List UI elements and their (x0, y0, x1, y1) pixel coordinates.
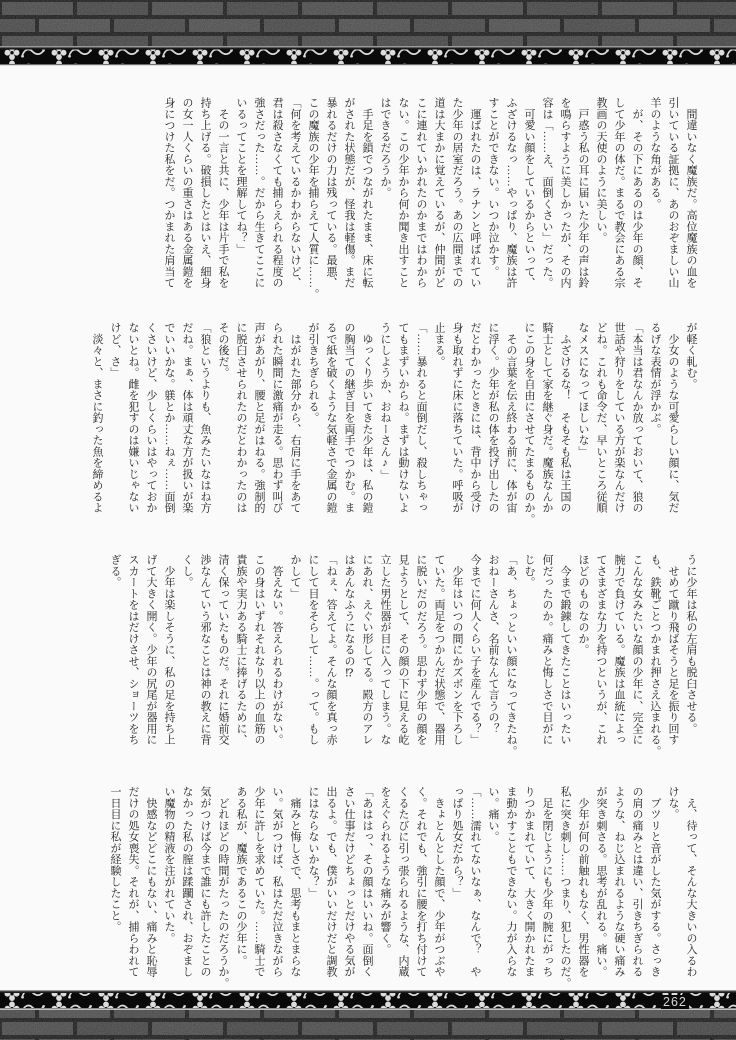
text-block-3: うに少年は私の左肩も脱臼させる。 せめて蹴り飛ばそうと足を振り回すも、鉄靴ごとつ… (106, 554, 700, 751)
text-line: 戸惑う私の耳に届いた少年の声は鈴 (574, 97, 592, 294)
text-line: うにしようか、おねーさん♪」 (376, 322, 394, 519)
text-line: 少年に許しを求めていた。……騎士で (250, 786, 268, 983)
text-line: げて大きく開く。少年の尻尾が器用に (142, 554, 160, 751)
text-line: の肩の痛みとは違い、引きちぎられる (628, 786, 646, 983)
text-line: 快感などどこにもない、痛みと恥辱 (142, 786, 160, 983)
text-line: 少女のような可愛らしい顔に、気だ (664, 322, 682, 519)
text-line: うに少年は私の左肩も脱臼させる。 (682, 554, 700, 751)
brick-and-ornament-graphic-top (0, 0, 736, 66)
text-line: 容は「……え、面倒くさい」だった。 (538, 97, 556, 294)
text-line: るで紙を破くような気軽さで金属の鎧 (322, 322, 340, 519)
text-line: てさまざまな力を持つというが、これ (592, 554, 610, 751)
text-line: 私に突き刺し……つまり、犯したのだ。 (556, 786, 574, 983)
text-block-2: が軽く軋む。 少女のような可愛らしい顔に、気だるげな表情が浮かぶ。「本当は君なん… (88, 322, 700, 519)
text-line: にして目をそらして……。って。もし (304, 554, 322, 751)
text-line: が引きちぎられる。 (304, 322, 322, 519)
text-line: 痛みと悔しさで、思考もまとまらな (286, 786, 304, 983)
text-line: 「何を考えているかわからないけど、 (286, 97, 304, 294)
text-line: 答えない。答えられるわけがない。 (268, 554, 286, 751)
text-line: くさいけど、少しくらいはやっておか (142, 322, 160, 519)
text-line: にあれ、えぐい形してる。殿方のアレ (358, 554, 376, 751)
text-line: スカートをはだけさせ、ショーツをち (124, 554, 142, 751)
text-line: 「あ、ちょっといい顔になってきたね。 (502, 554, 520, 751)
text-line: くし。 (178, 554, 196, 751)
text-line: ブツリと音がした気がする。さっき (646, 786, 664, 983)
text-line: おねーさんさ、名前なんて言うの？ (484, 554, 502, 751)
text-line: りつかまれていて、大きく開かれたま (520, 786, 538, 983)
text-line: ほどのものなのか。 (574, 554, 592, 751)
text-line: っぱり処女だから？」 (448, 786, 466, 983)
text-line: がされた状態だが、怪我は軽傷。まだ (340, 97, 358, 294)
text-line: 気がつけば今まで誰にも許したことの (196, 786, 214, 983)
text-line: けな。 (664, 786, 682, 983)
text-line: この魔族の少年を捕らえて人質に……。 (304, 97, 322, 294)
text-line: に浮く。少年が私の体を投げ出したの (484, 322, 502, 519)
text-line: が、その下にあるのは少年の顔、そ (628, 97, 646, 294)
text-block-4: え、待って、そんな大きいの入るわけな。 ブツリと音がした気がする。さっきの肩の痛… (106, 786, 700, 983)
text-line: く。それでも、強引に腰を打ち付けて (412, 786, 430, 983)
text-line: 羊のような角がある。 (646, 97, 664, 294)
text-line: 少年は楽しそうに、私の足を持ち上 (160, 554, 178, 751)
text-line: この身はいずれそれなり以上の血筋の (250, 554, 268, 751)
text-line: 間違いなく魔族だ。高位魔族の血を (682, 97, 700, 294)
text-line: 何だったのか。痛みと悔しさで目がに (538, 554, 556, 751)
text-line: にこの身を自由にさせてたまるものか。 (520, 322, 538, 519)
text-line: ぎる。 (106, 554, 124, 751)
text-line: 君は殺さなくても捕らえられる程度の (268, 97, 286, 294)
text-line: 今まで鍛錬してきたことはいったい (556, 554, 574, 751)
text-line: を鳴らすように美しかったが、その内 (556, 97, 574, 294)
text-line: だとわかったときには、背中から受け (466, 322, 484, 519)
brick-and-ornament-graphic-bottom (0, 986, 736, 1040)
text-line: いるってことを理解してね？」 (232, 97, 250, 294)
text-line: 教画の天使のように美しい。 (592, 97, 610, 294)
text-line: はあんなふうになるの⁉ (340, 554, 358, 751)
text-line: 「……濡れてないなぁ、なんで？ や (466, 786, 484, 983)
text-line: え、待って、そんな大きいの入るわ (682, 786, 700, 983)
text-line: 暴れるだけの力は残っている。最悪、 (322, 97, 340, 294)
text-line: ない。この少年から何か聞き出すこと (394, 97, 412, 294)
text-line: に脱いだのだろう。思わず少年の顔を (412, 554, 430, 751)
text-line: 持ち上げる。破損したとはいえ、細身 (196, 97, 214, 294)
text-line: ゆっくり歩いてきた少年は、私の鎧 (358, 322, 376, 519)
book-page: 間違いなく魔族だ。高位魔族の血を引いている証拠に、あのおぞましい山羊のような角が… (0, 0, 736, 1040)
text-line: 騎士として家を継ぐ身だ。魔族なんか (538, 322, 556, 519)
decorative-border-top (0, 0, 736, 66)
text-line: にはならないかな？」 (304, 786, 322, 983)
text-line: に脱臼させられたのだとわかったのは (232, 322, 250, 519)
text-line: が突き刺さる。思考が乱れる。痛い。 (592, 786, 610, 983)
page-number: 262 (661, 995, 689, 1009)
text-line: 貴族や実力ある騎士に捧げるために、 (232, 554, 250, 751)
text-line: 立した男性器が目に入ってしまう。な (376, 554, 394, 751)
text-line: はできるだろうか。 (376, 97, 394, 294)
text-line: けど、さ」 (106, 322, 124, 519)
text-line: い。気がつけば、私はただ泣きながら (268, 786, 286, 983)
text-line: 「本当は君なんか放っておいて、狼の (628, 322, 646, 519)
text-line: 「……暴れると面倒だし、殺しちゃっ (412, 322, 430, 519)
text-line: られた瞬間に激痛が走る。思わず叫び (268, 322, 286, 519)
text-line: るげな表情が浮かぶ。 (646, 322, 664, 519)
text-line: でいいかな。躾とか……ねぇ……面倒 (160, 322, 178, 519)
text-line: その一言と共に、少年は片手で私を (214, 97, 232, 294)
text-line: その後だ。 (214, 322, 232, 519)
text-line: ふざけるなっ……やっぱり、魔族は許 (502, 97, 520, 294)
text-block-1: 間違いなく魔族だ。高位魔族の血を引いている証拠に、あのおぞましい山羊のような角が… (160, 97, 700, 294)
text-line: 引いている証拠に、あのおぞましい山 (664, 97, 682, 294)
text-line: 少年が何の前触れもなく、男性器を (574, 786, 592, 983)
text-line: も、鉄靴ごとつかまれ押さえ込まれる。 (646, 554, 664, 751)
page-body: 間違いなく魔族だ。高位魔族の血を引いている証拠に、あのおぞましい山羊のような角が… (0, 66, 736, 986)
text-line: 淡々と、まさに釣った魚を締めるよ (88, 322, 106, 519)
text-line: 可愛い顔をしているからといって、 (520, 97, 538, 294)
text-line: こんな女みたいな顔の少年に、完全に (628, 554, 646, 751)
text-line: 渉なんていう邪なことは神の教えに背 (196, 554, 214, 751)
text-line: かして」 (286, 554, 304, 751)
text-line: なかった私の膣は蹂躙され、おぞまし (178, 786, 196, 983)
decorative-border-bottom: 262 (0, 986, 736, 1040)
text-line: の胸当ての継ぎ目を両手でつかむ。ま (340, 322, 358, 519)
text-line: 止まる。 (430, 322, 448, 519)
text-line: 声があがり、腰と足がはねる。強制的 (250, 322, 268, 519)
text-line: どれほどの時間がたったのだろうか。 (214, 786, 232, 983)
text-line: ある私が、魔族であるこの少年に。 (232, 786, 250, 983)
text-line: すことができない。いつか泣かす。 (484, 97, 502, 294)
text-line: 身も取れずに床に落ちていた。呼吸が (448, 322, 466, 519)
text-line: ま動かすこともできない。力が入らな (502, 786, 520, 983)
text-line: い魔物の精液を注がれていた。 (160, 786, 178, 983)
text-line: 今までに何人くらい子を産んでる？」 (466, 554, 484, 751)
text-line: どね。これも命令だ、早いところ従順 (592, 322, 610, 519)
text-line: ないとね。雌を犯すのは嫌いじゃない (124, 322, 142, 519)
text-line: きょとんとした顔で、少年がつぶや (430, 786, 448, 983)
text-line: ていた。両足をつかんだ状態で、器用 (430, 554, 448, 751)
text-line: 「あははっ、その顔はいいね。面倒く (358, 786, 376, 983)
text-line: こに連れていかれたのかまではわから (412, 97, 430, 294)
text-line: して少年の体だ。まるで教会にある宗 (610, 97, 628, 294)
text-line: だけの処女喪失。それが、捕らわれて (124, 786, 142, 983)
text-line: なメスになってほしいな」 (574, 322, 592, 519)
text-line: はがれた部分から、右肩に手をあて (286, 322, 304, 519)
text-line: 見ようとして、その顔の下に見える屹 (394, 554, 412, 751)
text-line: 手足を鎖でつながれたまま、床に転 (358, 97, 376, 294)
text-line: をえぐられるような痛みが響く。 (376, 786, 394, 983)
text-line: た少年の居室だろう。あの広間までの (448, 97, 466, 294)
text-line: 出るよ。でも、僕がいいだけだと調教 (322, 786, 340, 983)
text-line: せめて蹴り飛ばそうと足を振り回す (664, 554, 682, 751)
text-line: だね。まぁ、体は頑丈な方が扱いが楽 (178, 322, 196, 519)
text-line: 強さだった……。だから生きてここに (250, 97, 268, 294)
text-line: じむ。 (520, 554, 538, 751)
text-line: 「狼というよりも、魚みたいなはね方 (196, 322, 214, 519)
text-line: の女一人くらいの重さはある金属鎧を (178, 97, 196, 294)
text-line: 道は大まかに覚えているが、仲間がど (430, 97, 448, 294)
text-line: ふざけるな！ そもそも私は王国の (556, 322, 574, 519)
text-line: 身につけた私をだ。つかまれた肩当て (160, 97, 178, 294)
text-line: くるたびに引っ張られるような、内蔵 (394, 786, 412, 983)
text-line: 腕力で負けている。魔族は血統によっ (610, 554, 628, 751)
text-line: 「ねぇ、答えてよ。そんな顔を真っ赤 (322, 554, 340, 751)
text-line: 清く保っていたものだ。それに婚前交 (214, 554, 232, 751)
text-line: 世話や狩りをしている方が楽なんだけ (610, 322, 628, 519)
text-line: い。痛い。 (484, 786, 502, 983)
text-line: さい仕事だけどちょっとだけやる気が (340, 786, 358, 983)
text-line: 少年はいつの間にかズボンを下ろし (448, 554, 466, 751)
text-line: 足を閉じようにも少年の腕にがっち (538, 786, 556, 983)
text-line: 運ばれたのは、ラナンと呼ばれてい (466, 97, 484, 294)
text-line: ような、ねじ込まれるような硬い痛み (610, 786, 628, 983)
text-line: 一日目に私が経験したこと。 (106, 786, 124, 983)
text-line: てもまずいからね。まずは動けないよ (394, 322, 412, 519)
text-line: が軽く軋む。 (682, 322, 700, 519)
text-line: その言葉を伝え終わる前に、体が宙 (502, 322, 520, 519)
